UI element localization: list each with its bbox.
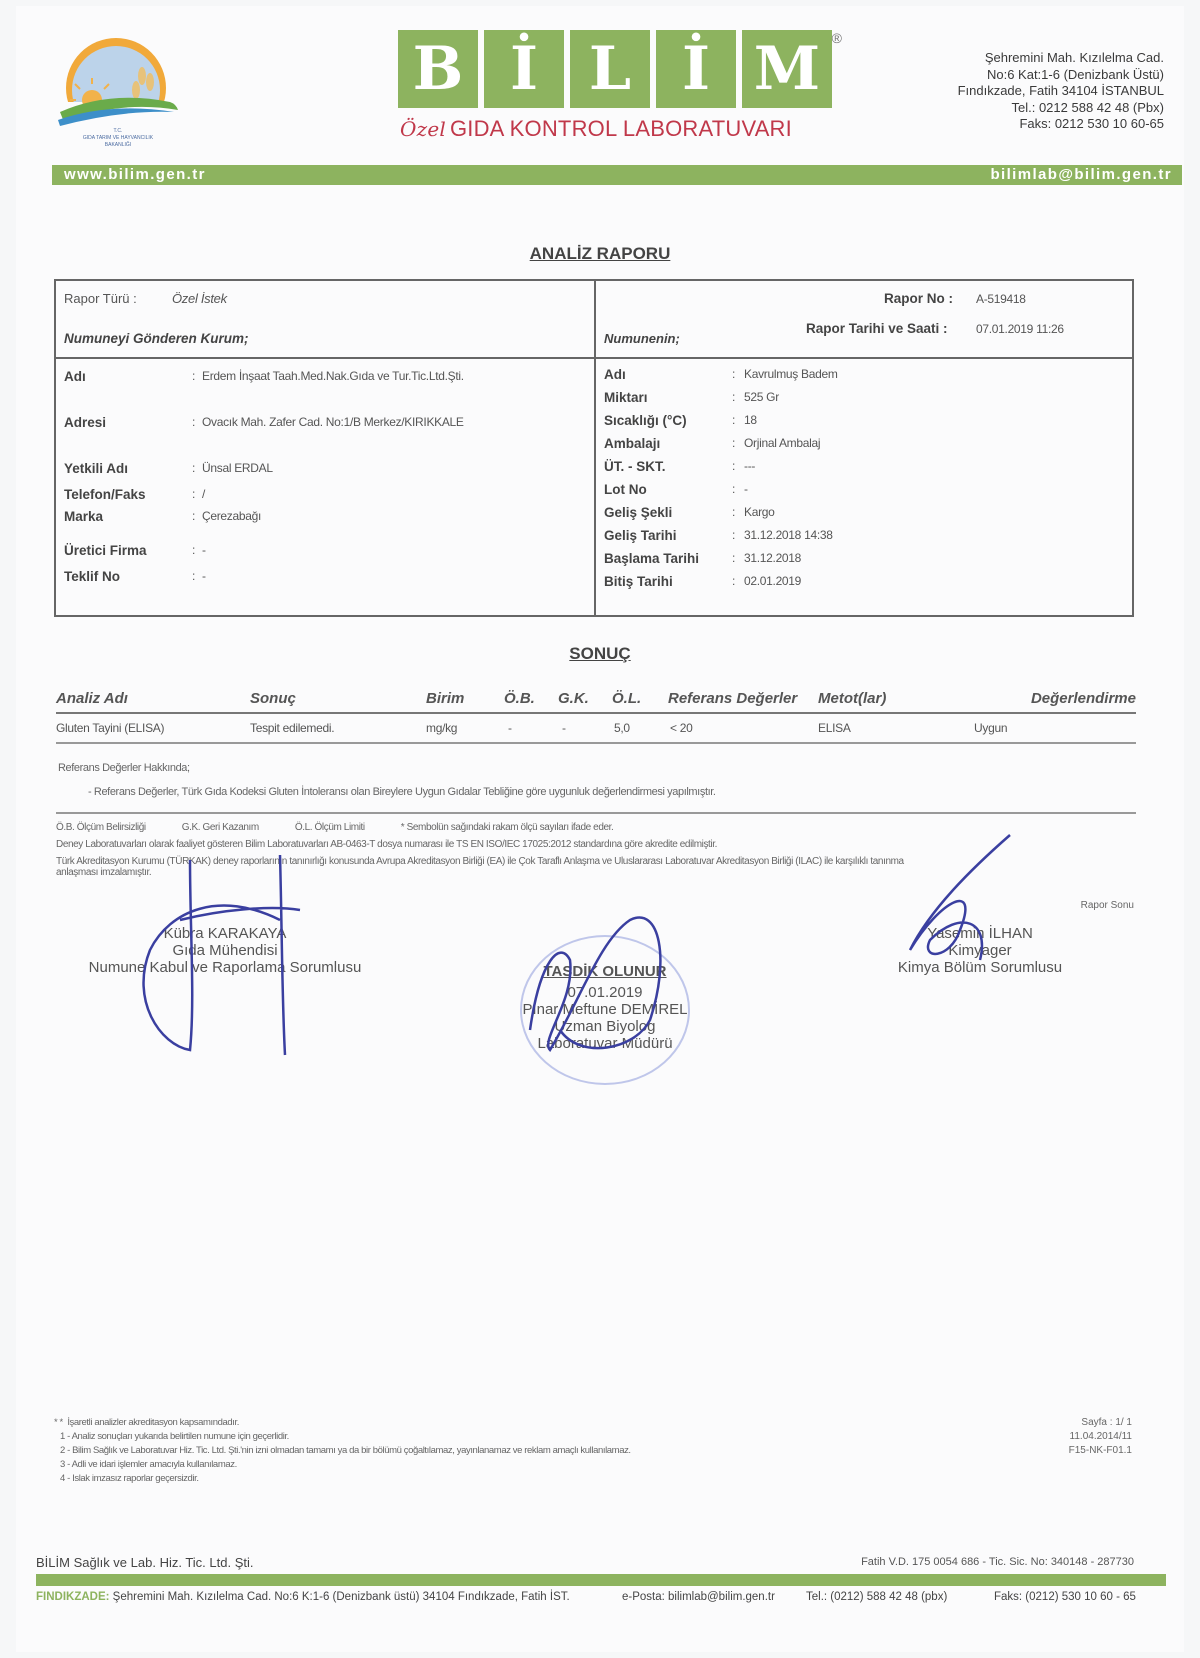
sender-field-label: Üretici Firma <box>64 543 147 558</box>
report-info-box: Rapor Türü : Özel İstek Numuneyi Göndere… <box>54 279 1134 617</box>
sample-field-value: 18 <box>744 413 757 427</box>
company-name: BİLİM Sağlık ve Lab. Hiz. Tic. Ltd. Şti. <box>36 1555 253 1570</box>
sender-heading: Numuneyi Gönderen Kurum; <box>64 331 249 346</box>
accreditation-note: Deney Laboratuvarları olarak faaliyet gö… <box>56 839 1136 850</box>
divider <box>56 357 1132 359</box>
page-number: Sayfa : 1/ 1 <box>1069 1416 1132 1430</box>
sender-field-value: - <box>202 569 206 583</box>
sender-field-label: Marka <box>64 509 103 524</box>
sender-field-label: Adresi <box>64 415 106 430</box>
footer-email[interactable]: e-Posta: bilimlab@bilim.gen.tr <box>622 1591 775 1603</box>
table-cell: Tespit edilemedi. <box>250 721 334 735</box>
column-header: Ö.L. <box>612 690 641 707</box>
table-cell: < 20 <box>670 721 693 735</box>
report-title: ANALİZ RAPORU <box>0 244 1200 264</box>
sender-field-label: Telefon/Faks <box>64 487 146 502</box>
brand-letter: İ <box>656 30 736 108</box>
sample-field-value: Kargo <box>744 505 775 519</box>
registered-mark-icon: ® <box>832 30 842 46</box>
sample-field-value: - <box>744 482 748 496</box>
header-contact-bar: www.bilim.gen.tr bilimlab@bilim.gen.tr <box>52 165 1182 185</box>
sample-field-label: ÜT. - SKT. <box>604 459 666 474</box>
reference-heading: Referans Değerler Hakkında; <box>58 762 1134 774</box>
sample-field-label: Miktarı <box>604 390 648 405</box>
sample-field-value: Kavrulmuş Badem <box>744 367 838 381</box>
sample-heading: Numunenin; <box>604 331 680 346</box>
column-header: Ö.B. <box>504 690 535 707</box>
results-table: Analiz Adı Sonuç Birim Ö.B. G.K. Ö.L. Re… <box>56 686 1136 744</box>
sample-field-label: Ambalajı <box>604 436 660 451</box>
footer-fax: Faks: (0212) 530 10 60 - 65 <box>994 1591 1136 1603</box>
report-date-value: 07.01.2019 11:26 <box>976 322 1064 336</box>
sender-field-value: Ovacık Mah. Zafer Cad. No:1/B Merkez/KIR… <box>202 415 464 429</box>
brand-letter: L <box>570 30 650 108</box>
ministry-caption: T.C. GIDA TARIM VE HAYVANCILIK BAKANLIĞI <box>50 128 186 149</box>
table-cell: 5,0 <box>614 721 630 735</box>
table-cell: - <box>508 721 512 735</box>
sample-field-value: Orjinal Ambalaj <box>744 436 820 450</box>
approval-title: TASDİK OLUNUR <box>510 963 700 980</box>
brand-subtitle: ÖzelGIDA KONTROL LABORATUVARI <box>400 116 792 142</box>
column-header: Sonuç <box>250 690 296 707</box>
sender-field-value: / <box>202 487 205 501</box>
sample-field-value: 02.01.2019 <box>744 574 801 588</box>
report-number-value: A-519418 <box>976 292 1026 306</box>
email-link[interactable]: bilimlab@bilim.gen.tr <box>990 166 1172 183</box>
results-header-row: Analiz Adı Sonuç Birim Ö.B. G.K. Ö.L. Re… <box>56 686 1136 714</box>
tax-info: Fatih V.D. 175 0054 686 - Tic. Sic. No: … <box>861 1556 1134 1568</box>
footnote-marker: * * İşaretli analizler akreditasyon kaps… <box>54 1416 631 1430</box>
divider <box>56 812 1136 814</box>
brand-letter: İ <box>484 30 564 108</box>
table-cell: Gluten Tayini (ELISA) <box>56 721 164 735</box>
table-cell: - <box>562 721 566 735</box>
sample-field-label: Başlama Tarihi <box>604 551 699 566</box>
sender-field-value: - <box>202 543 206 557</box>
website-link[interactable]: www.bilim.gen.tr <box>64 166 206 183</box>
sample-field-label: Bitiş Tarihi <box>604 574 673 589</box>
accreditation-note: anlaşması imzalamıştır. <box>56 867 1136 878</box>
sender-field-value: Ünsal ERDAL <box>202 461 273 475</box>
brand-letter: B <box>398 30 478 108</box>
sender-field-label: Teklif No <box>64 569 120 584</box>
sun-wheat-logo-icon <box>50 32 186 132</box>
table-cell: Uygun <box>974 721 1007 735</box>
sample-field-label: Lot No <box>604 482 647 497</box>
document-code: Sayfa : 1/ 1 11.04.2014/11 F15-NK-F01.1 <box>1069 1416 1132 1458</box>
signature-block-left: Kübra KARAKAYA Gıda Mühendisi Numune Kab… <box>70 925 380 976</box>
column-header: Birim <box>426 690 464 707</box>
column-header: Metot(lar) <box>818 690 886 707</box>
table-cell: mg/kg <box>426 721 457 735</box>
signature-block-right: Yasemin İLHAN Kimyager Kimya Bölüm Sorum… <box>860 925 1100 976</box>
report-number-label: Rapor No : <box>884 291 953 306</box>
column-header: Referans Değerler <box>668 690 797 707</box>
results-title: SONUÇ <box>0 644 1200 664</box>
column-header: G.K. <box>558 690 589 707</box>
lab-address: Şehremini Mah. Kızılelma Cad. No:6 Kat:1… <box>958 50 1164 133</box>
brand-letter: M <box>742 30 832 108</box>
sample-field-value: 525 Gr <box>744 390 779 404</box>
abbreviations: Ö.B. Ölçüm Belirsizliği G.K. Geri Kazanı… <box>56 822 1136 833</box>
bilim-logo: B İ L İ M ® ÖzelGIDA KONTROL LABORATUVAR… <box>398 30 838 130</box>
report-type-label: Rapor Türü : <box>64 291 137 306</box>
divider <box>594 281 596 615</box>
reference-notes: Referans Değerler Hakkında; - Referans D… <box>58 762 1134 798</box>
footer-phone: Tel.: (0212) 588 42 48 (pbx) <box>806 1591 947 1603</box>
footer-bar <box>36 1574 1166 1586</box>
reference-note: - Referans Değerler, Türk Gıda Kodeksi G… <box>58 786 1134 798</box>
legend-notes: Ö.B. Ölçüm Belirsizliği G.K. Geri Kazanı… <box>56 822 1136 878</box>
sample-field-label: Geliş Tarihi <box>604 528 677 543</box>
report-end-label: Rapor Sonu <box>1081 900 1134 911</box>
report-date-label: Rapor Tarihi ve Saati : <box>806 321 948 336</box>
sample-field-label: Sıcaklığı (°C) <box>604 413 687 428</box>
sender-field-label: Adı <box>64 369 86 384</box>
column-header: Değerlendirme <box>1031 690 1136 707</box>
column-header: Analiz Adı <box>56 690 128 707</box>
ministry-logo: T.C. GIDA TARIM VE HAYVANCILIK BAKANLIĞI <box>50 32 186 152</box>
report-type-value: Özel İstek <box>172 291 227 306</box>
sender-field-label: Yetkili Adı <box>64 461 128 476</box>
table-row: Gluten Tayini (ELISA) Tespit edilemedi. … <box>56 714 1136 744</box>
sample-field-label: Adı <box>604 367 626 382</box>
sample-field-label: Geliş Şekli <box>604 505 672 520</box>
sample-field-value: --- <box>744 459 755 473</box>
signature-block-center: TASDİK OLUNUR 07.01.2019 Pınar Meftune D… <box>510 963 700 1052</box>
accreditation-note: Türk Akreditasyon Kurumu (TÜRKAK) deney … <box>56 856 1136 867</box>
sample-field-value: 31.12.2018 14:38 <box>744 528 833 542</box>
sample-field-value: 31.12.2018 <box>744 551 801 565</box>
table-cell: ELISA <box>818 721 851 735</box>
sender-field-value: Çerezabağı <box>202 509 261 523</box>
footnotes: * * İşaretli analizler akreditasyon kaps… <box>54 1416 631 1486</box>
sender-field-value: Erdem İnşaat Taah.Med.Nak.Gıda ve Tur.Ti… <box>202 369 464 383</box>
